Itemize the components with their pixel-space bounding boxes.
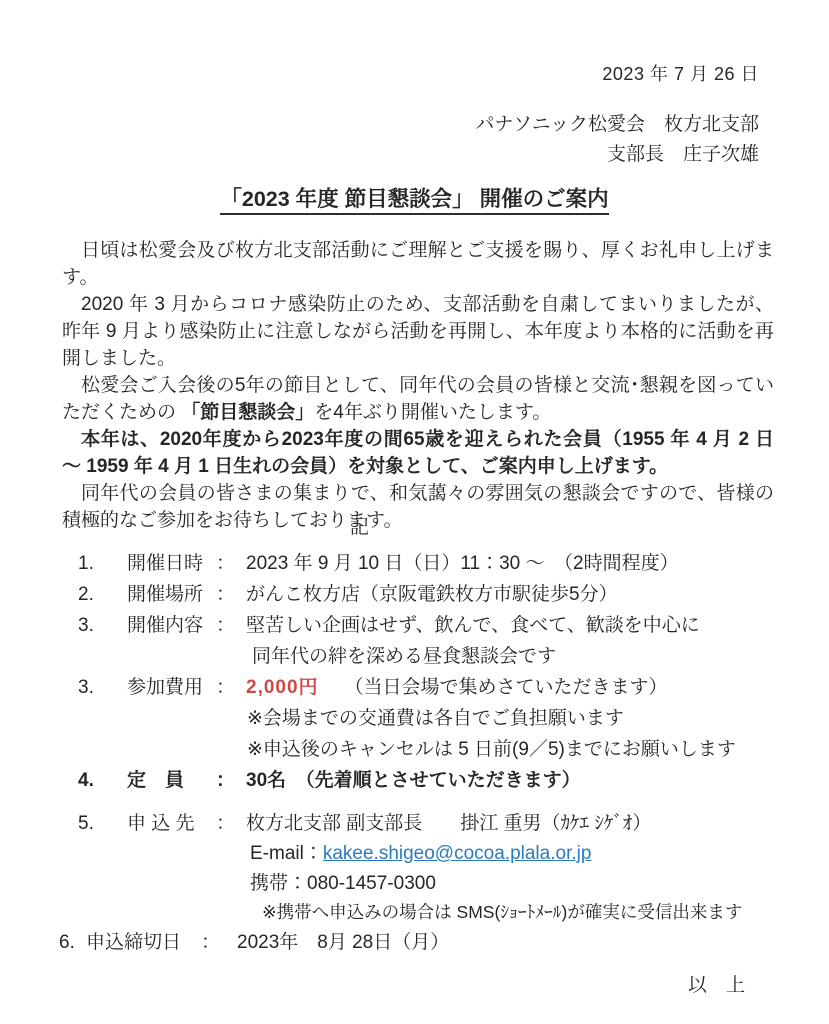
list-item-application: 5. 申 込 先 ： 枚方北支部 副支部長 掛江 重男（ｶｹｴ ｼｹﾞｵ） [78, 808, 829, 839]
paragraph-target-members: 本年は、2020年度から2023年度の間65歳を迎えられた会員（1955 年 4… [62, 426, 774, 480]
record-marker: 記 [0, 512, 774, 539]
contact-person: 枚方北支部 副支部長 掛江 重男（ｶｹｴ ｼｹﾞｵ） [246, 808, 651, 839]
item-label: 申 込 先 [127, 808, 208, 839]
document-title: 「2023 年度 節目懇談会」 開催のご案内 [0, 182, 829, 213]
list-item-contents: 3. 開催内容 ： 堅苦しい企画はせず、飲んで、食べて、歓談を中心に [78, 610, 829, 641]
list-item-fee: 3. 参加費用 ： 2,000円（当日会場で集めさていただきます） [78, 672, 829, 703]
item-colon: ： [208, 672, 246, 703]
document-title-text: 「2023 年度 節目懇談会」 開催のご案内 [220, 187, 608, 215]
item-label: 開催内容 [127, 610, 208, 641]
item-number: 3. [78, 672, 127, 703]
spacer [0, 796, 829, 808]
sender-person: 支部長 庄子次雄 [475, 140, 759, 170]
item-colon: ： [208, 579, 246, 610]
item-colon: ： [208, 808, 246, 839]
phone-number: 080-1457-0300 [307, 873, 436, 894]
details-list: 1. 開催日時 ： 2023 年 9 月 10 日（日）11：30 ～ （2時間… [0, 548, 829, 958]
document-date: 2023 年 7 月 26 日 [602, 60, 759, 86]
item-value: 2023 年 9 月 10 日（日）11：30 ～ （2時間程度） [246, 548, 679, 579]
body-text: 日頃は松愛会及び枚方北支部活動にご理解とご支援を賜り、厚くお礼申し上げます。 2… [62, 237, 774, 534]
paragraph-milestone: 松愛会ご入会後の5年の節目として、同年代の会員の皆様と交流･懇親を図っていただく… [62, 372, 774, 426]
fee-collection-note: （当日会場で集めさていただきます） [345, 677, 668, 698]
contact-email-line: E-mail：kakee.shigeo@cocoa.plala.or.jp [250, 839, 829, 869]
item-label: 定 員 [127, 765, 208, 796]
item-number: 5. [78, 808, 127, 839]
document-page: 2023 年 7 月 26 日 パナソニック松愛会 枚方北支部 支部長 庄子次雄… [0, 0, 829, 1024]
item-colon: ： [208, 610, 246, 641]
email-link[interactable]: kakee.shigeo@cocoa.plala.or.jp [323, 843, 592, 864]
item-number: 2. [78, 579, 127, 610]
list-item-venue: 2. 開催場所 ： がんこ枚方店（京阪電鉄枚方市駅徒歩5分） [78, 579, 829, 610]
item-value: 2023年 8月 28日（月） [237, 927, 449, 958]
list-item-contents-continued: 同年代の絆を深める昼食懇談会です [252, 641, 829, 672]
item-label: 参加費用 [127, 672, 208, 703]
sms-note: ※携帯へ申込みの場合は SMS(ｼｮｰﾄﾒｰﾙ)が確実に受信出来ます [262, 899, 829, 926]
phone-label: 携帯： [250, 873, 307, 894]
item-label: 申込締切日 [86, 927, 193, 958]
item-label: 開催日時 [127, 548, 208, 579]
item-colon: ： [193, 927, 237, 958]
item-number: 4. [78, 765, 127, 796]
contact-phone-line: 携帯：080-1457-0300 [250, 869, 829, 899]
item-label: 開催場所 [127, 579, 208, 610]
fee-transport-note: ※会場までの交通費は各自でご負担願います [247, 703, 829, 734]
paragraph-covid: 2020 年 3 月からコロナ感染防止のため、支部活動を自粛してまいりましたが、… [62, 291, 774, 372]
item-colon: ： [208, 765, 246, 796]
sender-block: パナソニック松愛会 枚方北支部 支部長 庄子次雄 [475, 110, 759, 170]
item-number: 3. [78, 610, 127, 641]
item-value: 堅苦しい企画はせず、飲んで、食べて、歓談を中心に [246, 610, 700, 641]
paragraph-milestone-post: を4年ぶり開催いたします。 [314, 402, 551, 423]
sender-organization: パナソニック松愛会 枚方北支部 [475, 110, 759, 140]
paragraph-greeting: 日頃は松愛会及び枚方北支部活動にご理解とご支援を賜り、厚くお礼申し上げます。 [62, 237, 774, 291]
email-label: E-mail： [250, 843, 323, 864]
item-colon: ： [208, 548, 246, 579]
list-item-capacity: 4. 定 員 ： 30名 （先着順とさせていただきます） [78, 765, 829, 796]
item-value: 30名 （先着順とさせていただきます） [246, 765, 581, 796]
item-value: がんこ枚方店（京阪電鉄枚方市駅徒歩5分） [246, 579, 618, 610]
list-item-datetime: 1. 開催日時 ： 2023 年 9 月 10 日（日）11：30 ～ （2時間… [78, 548, 829, 579]
fee-cancel-note: ※申込後のキャンセルは 5 日前(9／5)までにお願いします [247, 734, 829, 765]
fee-amount: 2,000円 [246, 677, 319, 698]
item-number: 1. [78, 548, 127, 579]
closing-phrase: 以 上 [688, 970, 745, 997]
list-item-deadline: 6. 申込締切日 ： 2023年 8月 28日（月） [59, 927, 829, 958]
item-number: 6. [59, 927, 86, 958]
paragraph-milestone-bold: 「節目懇談会」 [181, 402, 314, 423]
